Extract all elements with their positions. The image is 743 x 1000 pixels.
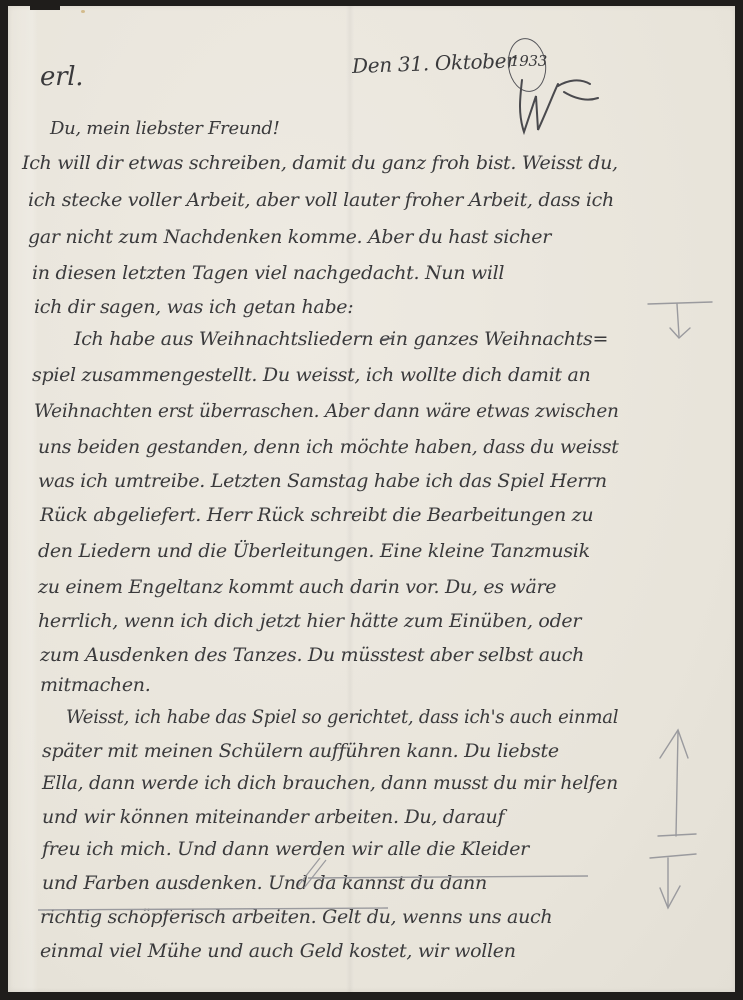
signature-mark bbox=[514, 74, 604, 144]
paper-stain bbox=[81, 10, 85, 13]
body-line: ich dir sagen, was ich getan habe: bbox=[34, 296, 353, 318]
year-circled: 1933 bbox=[510, 52, 547, 70]
scan-edge-mark bbox=[30, 6, 60, 10]
body-line: uns beiden gestanden, denn ich möchte ha… bbox=[38, 436, 619, 458]
letter-page: erl. Den 31. Oktober 1933 Du, mein liebs… bbox=[8, 6, 735, 992]
body-line: einmal viel Mühe und auch Geld kostet, w… bbox=[40, 940, 516, 962]
body-line: gar nicht zum Nachdenken komme. Aber du … bbox=[28, 226, 551, 248]
date-line: Den 31. Oktober bbox=[352, 48, 516, 78]
body-line: Weisst, ich habe das Spiel so gerichtet,… bbox=[66, 706, 618, 728]
body-line: freu ich mich. Und dann werden wir alle … bbox=[42, 838, 529, 860]
document-scan: erl. Den 31. Oktober 1933 Du, mein liebs… bbox=[0, 0, 743, 1000]
body-line: was ich umtreibe. Letzten Samstag habe i… bbox=[38, 470, 607, 492]
salutation: Du, mein liebster Freund! bbox=[50, 118, 280, 140]
pencil-arrow-down-icon bbox=[648, 302, 712, 338]
body-line: spiel zusammengestellt. Du weisst, ich w… bbox=[32, 364, 590, 386]
body-line: Rück abgeliefert. Herr Rück schreibt die… bbox=[40, 504, 593, 526]
pencil-arrow-up-icon bbox=[658, 730, 696, 836]
body-line: Ella, dann werde ich dich brauchen, dann… bbox=[42, 772, 618, 794]
body-line: zum Ausdenken des Tanzes. Du müsstest ab… bbox=[40, 644, 584, 666]
body-line: zu einem Engeltanz kommt auch darin vor.… bbox=[38, 576, 556, 598]
body-line: mitmachen. bbox=[40, 674, 150, 696]
body-line: herrlich, wenn ich dich jetzt hier hätte… bbox=[38, 610, 581, 632]
body-line: in diesen letzten Tagen viel nachgedacht… bbox=[32, 262, 504, 284]
pencil-arrow-down-icon bbox=[650, 854, 696, 908]
body-line: den Liedern und die Überleitungen. Eine … bbox=[38, 540, 590, 562]
body-line: Weihnachten erst überraschen. Aber dann … bbox=[34, 400, 619, 422]
archive-mark: erl. bbox=[40, 62, 83, 92]
body-line: und wir können miteinander arbeiten. Du,… bbox=[42, 806, 504, 828]
body-line: ich stecke voller Arbeit, aber voll laut… bbox=[28, 189, 614, 211]
body-line: Ich will dir etwas schreiben, damit du g… bbox=[22, 152, 618, 174]
body-line: später mit meinen Schülern aufführen kan… bbox=[42, 740, 559, 762]
body-line: und Farben ausdenken. Und da kannst du d… bbox=[42, 872, 487, 894]
body-line: richtig schöpferisch arbeiten. Gelt du, … bbox=[40, 906, 552, 928]
body-line: Ich habe aus Weihnachtsliedern ein ganze… bbox=[74, 328, 608, 350]
